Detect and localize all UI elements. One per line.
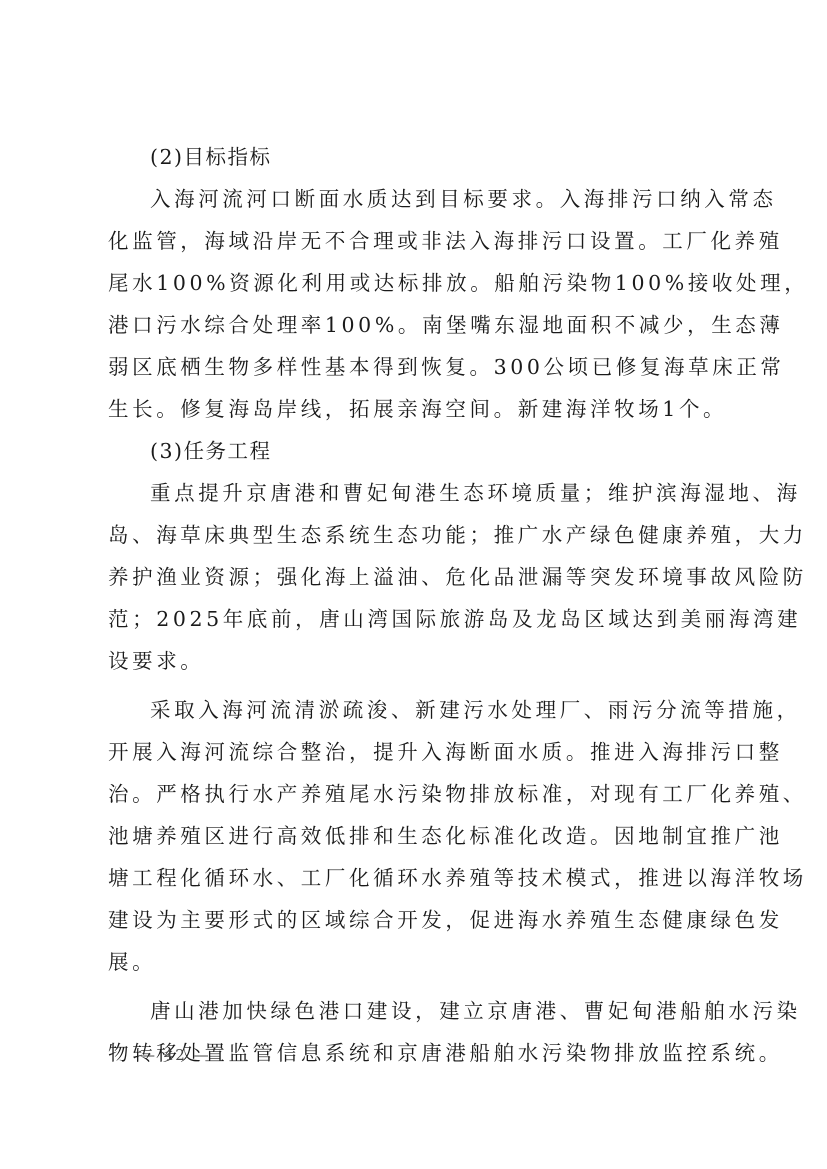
paragraph-line: 入海河流河口断面水质达到目标要求。入海排污口纳入常态 [150, 182, 720, 216]
paragraph-line: 唐山港加快绿色港口建设，建立京唐港、曹妃甸港船舶水污染 [150, 994, 720, 1028]
section-heading-tasks: (3)任务工程 [150, 434, 272, 468]
paragraph-line: 池塘养殖区进行高效低排和生态化标准化改造。因地制宜推广池 [108, 819, 720, 853]
paragraph-line: 重点提升京唐港和曹妃甸港生态环境质量；维护滨海湿地、海 [150, 476, 720, 510]
paragraph-line: 港口污水综合处理率100%。南堡嘴东湿地面积不减少，生态薄 [108, 308, 720, 342]
paragraph-line: 范；2025年底前，唐山湾国际旅游岛及龙岛区域达到美丽海湾建 [108, 602, 720, 636]
paragraph-line: 养护渔业资源；强化海上溢油、危化品泄漏等突发环境事故风险防 [108, 560, 720, 594]
paragraph-line: 弱区底栖生物多样性基本得到恢复。300公顷已修复海草床正常 [108, 350, 720, 384]
paragraph-line: 生长。修复海岛岸线，拓展亲海空间。新建海洋牧场1个。 [108, 392, 720, 426]
paragraph-line: 尾水100%资源化利用或达标排放。船舶污染物100%接收处理， [108, 266, 720, 300]
section-heading-target-indicators: (2)目标指标 [150, 140, 272, 174]
paragraph-line: 化监管，海域沿岸无不合理或非法入海排污口设置。工厂化养殖 [108, 224, 720, 258]
paragraph-line: 治。严格执行水产养殖尾水污染物排放标准，对现有工厂化养殖、 [108, 777, 720, 811]
paragraph-line: 展。 [108, 945, 720, 979]
paragraph-line: 建设为主要形式的区域综合开发，促进海水养殖生态健康绿色发 [108, 903, 720, 937]
paragraph-line: 岛、海草床典型生态系统生态功能；推广水产绿色健康养殖，大力 [108, 518, 720, 552]
paragraph-line: 采取入海河流清淤疏浚、新建污水处理厂、雨污分流等措施， [150, 693, 720, 727]
page-number: — 42 — [140, 1046, 211, 1064]
paragraph-line: 设要求。 [108, 644, 720, 678]
paragraph-line: 开展入海河流综合整治，提升入海断面水质。推进入海排污口整 [108, 735, 720, 769]
paragraph-line: 塘工程化循环水、工厂化循环水养殖等技术模式，推进以海洋牧场 [108, 861, 720, 895]
